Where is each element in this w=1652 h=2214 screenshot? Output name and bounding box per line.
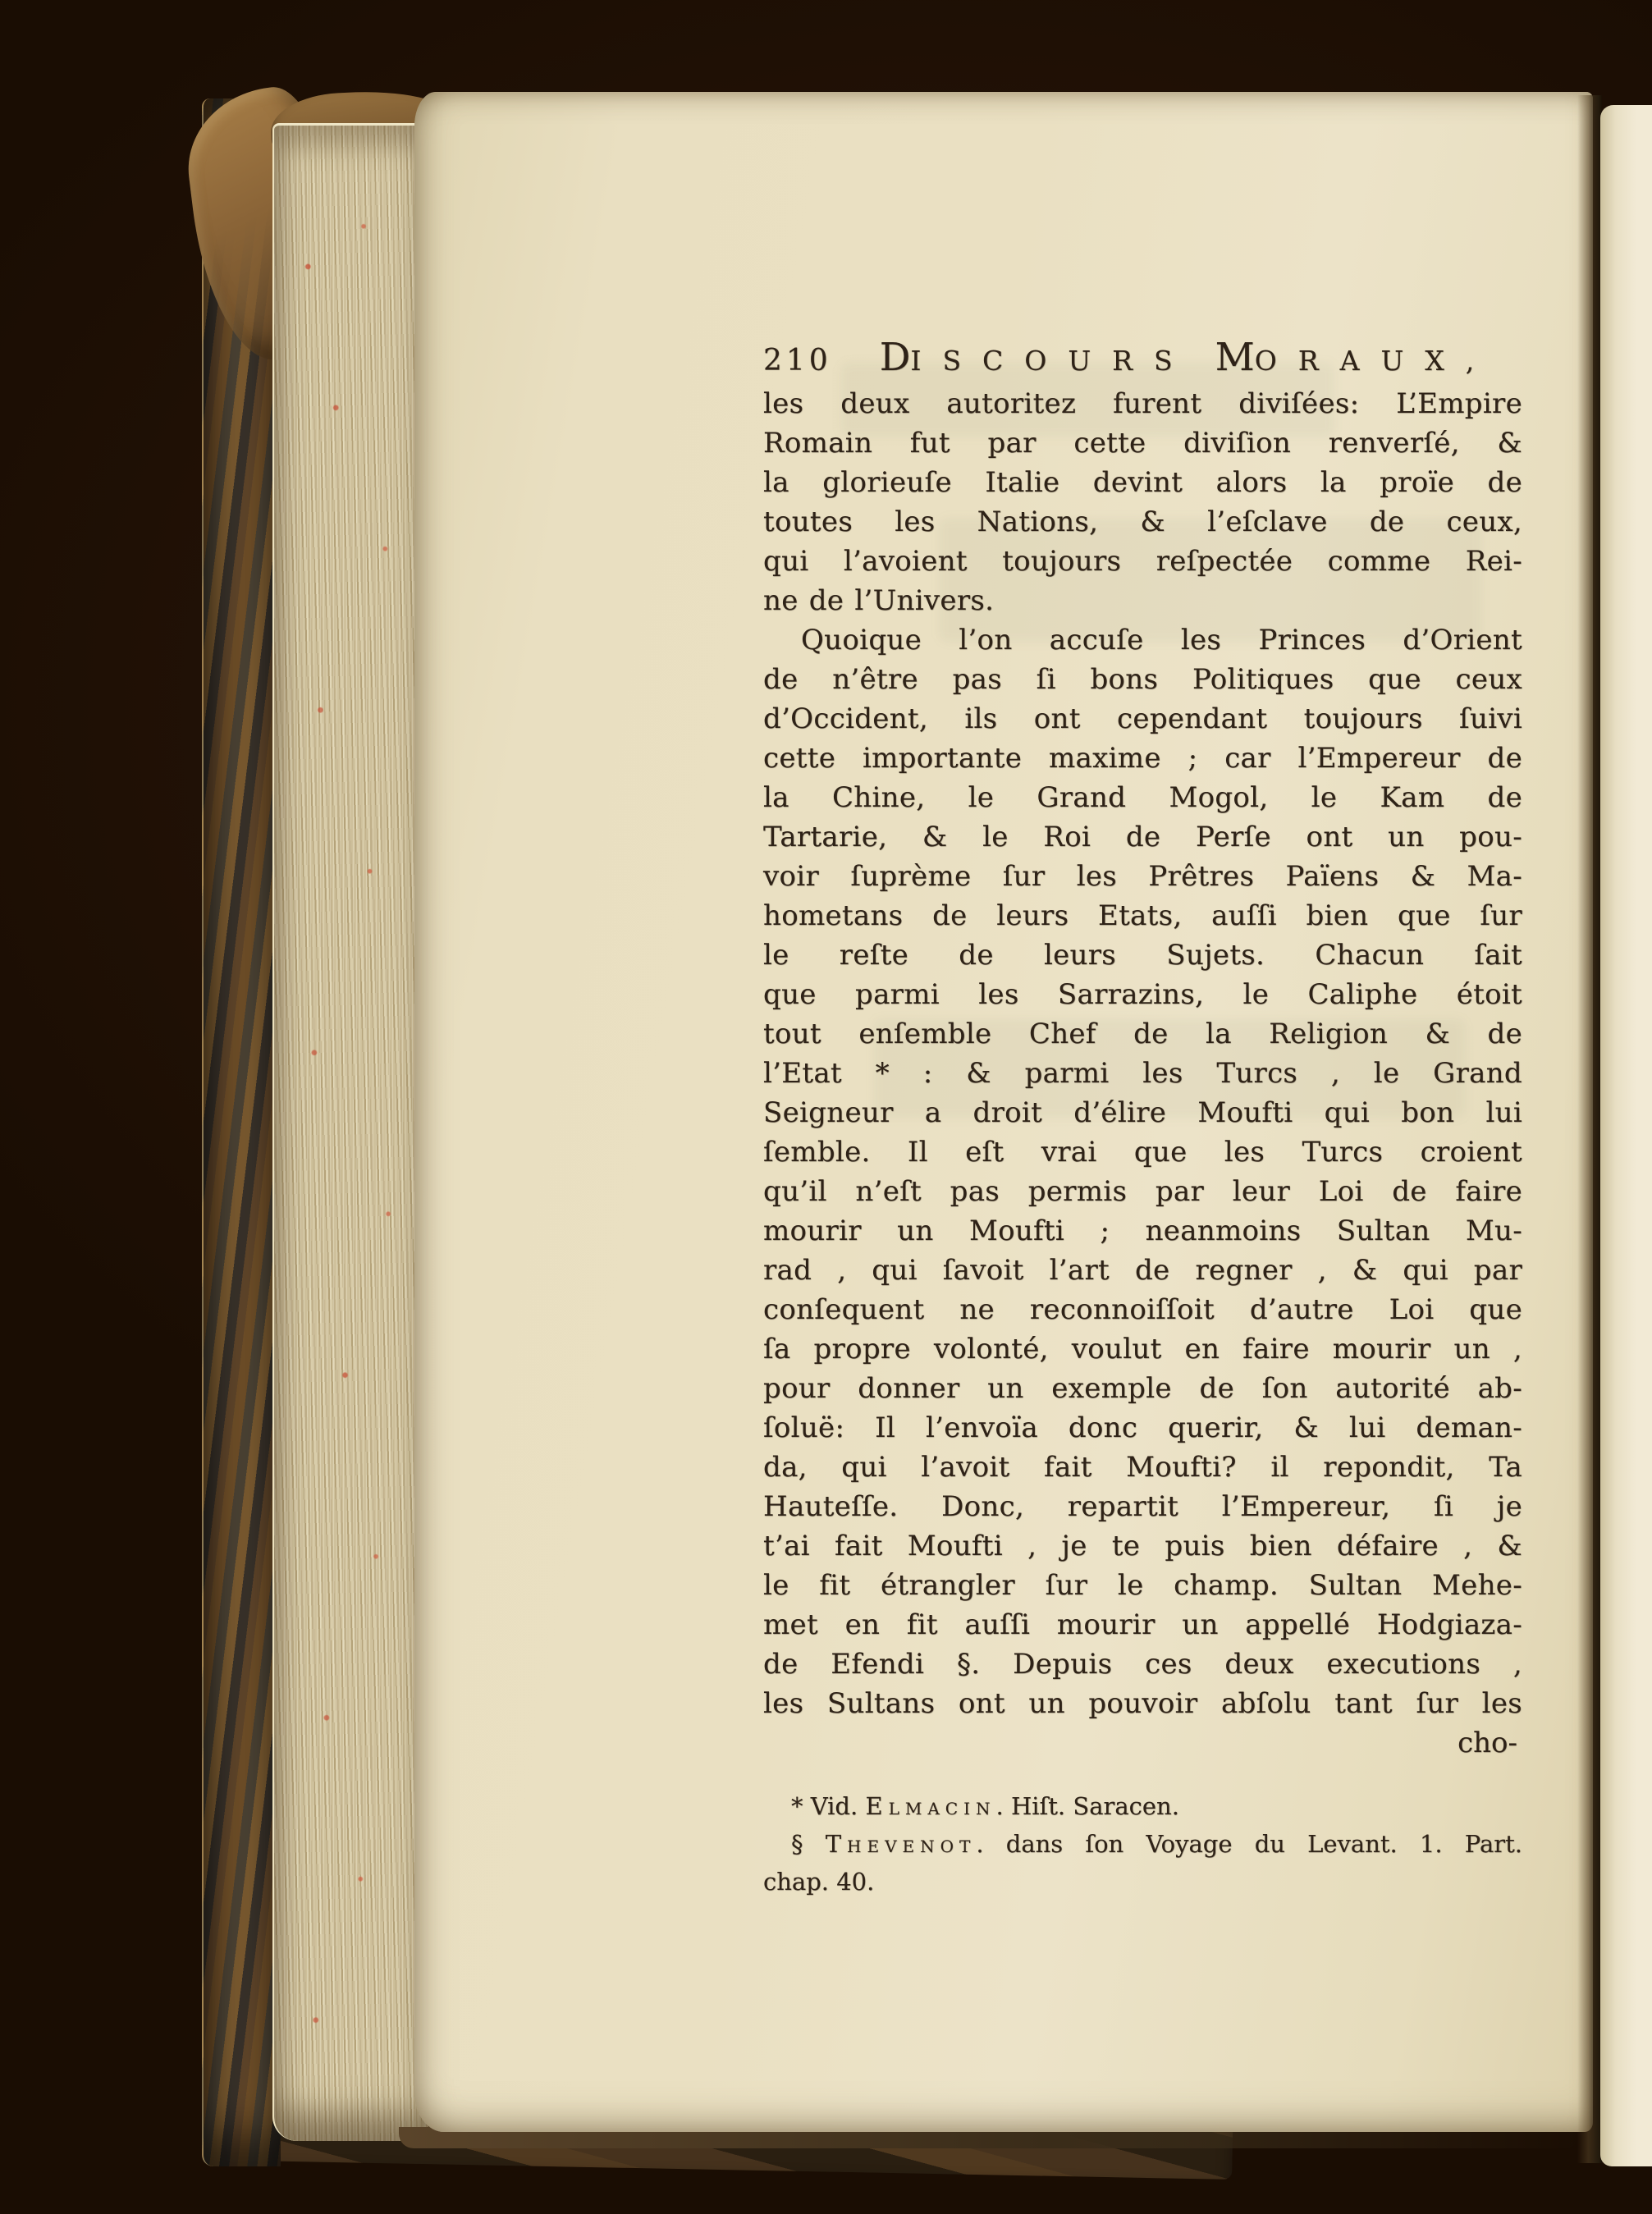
body-line: la glorieuſe Italie devint alors la proï… xyxy=(763,463,1522,502)
gutter-shadow xyxy=(1577,95,1602,2163)
footnote-line: * Vid. Elmacin. Hiſt. Saracen. xyxy=(763,1787,1522,1825)
body-text: les deux autoritez furent diviſées: L’Em… xyxy=(763,384,1522,1723)
book-page: 210 DISCOURSMORAUX, les deux autoritez f… xyxy=(414,92,1593,2132)
catchword: cho- xyxy=(1458,1727,1517,1759)
body-line: les deux autoritez furent diviſées: L’Em… xyxy=(763,384,1522,423)
body-line: hometans de leurs Etats, auſſi bien que … xyxy=(763,896,1522,935)
footnote-text: § xyxy=(791,1830,826,1858)
body-line: de n’être pas ſi bons Politiques que ceu… xyxy=(763,660,1522,699)
facing-page-sliver xyxy=(1600,105,1652,2166)
body-line: mourir un Moufti ; neanmoins Sultan Mu- xyxy=(763,1211,1522,1251)
body-line: ſa propre volonté, voulut en faire mouri… xyxy=(763,1329,1522,1369)
footnote-author: Elmacin xyxy=(865,1792,995,1820)
body-line: met en fit auſſi mourir un appellé Hodgi… xyxy=(763,1605,1522,1644)
body-line: Romain fut par cette diviſion renverſé, … xyxy=(763,423,1522,463)
body-line: tout enſemble Chef de la Religion & de xyxy=(763,1014,1522,1054)
body-line: qu’il n’eſt pas permis par leur Loi de f… xyxy=(763,1172,1522,1211)
body-line: da, qui l’avoit fait Moufti? il repondit… xyxy=(763,1448,1522,1487)
footnote-author: Thevenot xyxy=(826,1830,977,1858)
body-line: Tartarie, & le Roi de Perſe ont un pou- xyxy=(763,817,1522,857)
footnote-text: . Hiſt. Saracen. xyxy=(996,1792,1179,1820)
body-line: Quoique l’on accuſe les Princes d’Orient xyxy=(763,620,1522,660)
body-line: Seigneur a droit d’élire Moufti qui bon … xyxy=(763,1093,1522,1132)
body-line: l’Etat * : & parmi les Turcs , le Grand xyxy=(763,1054,1522,1093)
body-line: cette importante maxime ; car l’Empereur… xyxy=(763,739,1522,778)
body-line: les Sultans ont un pouvoir abſolu tant ſ… xyxy=(763,1684,1522,1723)
body-line: ſemble. Il eſt vrai que les Turcs croien… xyxy=(763,1132,1522,1172)
body-line: rad , qui ſavoit l’art de regner , & qui… xyxy=(763,1251,1522,1290)
body-line: d’Occident, ils ont cependant toujours ſ… xyxy=(763,699,1522,739)
page-header: 210 DISCOURSMORAUX, xyxy=(763,335,1522,384)
body-line: Hauteſſe. Donc, repartit l’Empereur, ſi … xyxy=(763,1487,1522,1526)
page-number: 210 xyxy=(763,344,832,377)
footnote-text: chap. 40. xyxy=(763,1868,874,1896)
body-line: ſoluë: Il l’envoïa donc querir, & lui de… xyxy=(763,1408,1522,1448)
body-line: la Chine, le Grand Mogol, le Kam de xyxy=(763,778,1522,817)
footnote-text: * Vid. xyxy=(791,1792,865,1820)
footnote-line: § Thevenot. dans ſon Voyage du Levant. 1… xyxy=(763,1825,1522,1863)
body-line: pour donner un exemple de ſon autorité a… xyxy=(763,1369,1522,1408)
running-title-initial: D xyxy=(880,335,911,380)
body-line: t’ai fait Moufti , je te puis bien défai… xyxy=(763,1526,1522,1566)
body-line: le reſte de leurs Sujets. Chacun ſait xyxy=(763,935,1522,975)
body-line: qui l’avoient toujours reſpectée comme R… xyxy=(763,542,1522,581)
footnotes: * Vid. Elmacin. Hiſt. Saracen.§ Thevenot… xyxy=(763,1787,1522,1901)
footnote-text: . dans ſon Voyage du Levant. 1. Part. xyxy=(976,1830,1522,1858)
running-title-initial: M xyxy=(1215,335,1255,380)
page-stack-fore-edge xyxy=(272,123,428,2141)
body-line: toutes les Nations, & l’eſclave de ceux, xyxy=(763,502,1522,542)
text-column: 210 DISCOURSMORAUX, les deux autoritez f… xyxy=(763,335,1522,1901)
book-cover-marbled-edge xyxy=(202,98,281,2166)
running-title-text: ISCOURS xyxy=(910,345,1193,377)
footnote-line: chap. 40. xyxy=(763,1863,1522,1901)
body-line: voir ſuprème ſur les Prêtres Païens & Ma… xyxy=(763,857,1522,896)
catchword-row: cho- xyxy=(763,1723,1522,1763)
body-line: ne de l’Univers. xyxy=(763,581,1522,620)
running-title: DISCOURSMORAUX, xyxy=(880,335,1496,380)
body-line: de Efendi §. Depuis ces deux executions … xyxy=(763,1644,1522,1684)
body-line: le fit étrangler ſur le champ. Sultan Me… xyxy=(763,1566,1522,1605)
body-line: conſequent ne reconnoiſſoit d’autre Loi … xyxy=(763,1290,1522,1329)
photo-background: 210 DISCOURSMORAUX, les deux autoritez f… xyxy=(0,0,1652,2214)
running-title-text: ORAUX, xyxy=(1255,345,1496,377)
body-line: que parmi les Sarrazins, le Caliphe étoi… xyxy=(763,975,1522,1014)
